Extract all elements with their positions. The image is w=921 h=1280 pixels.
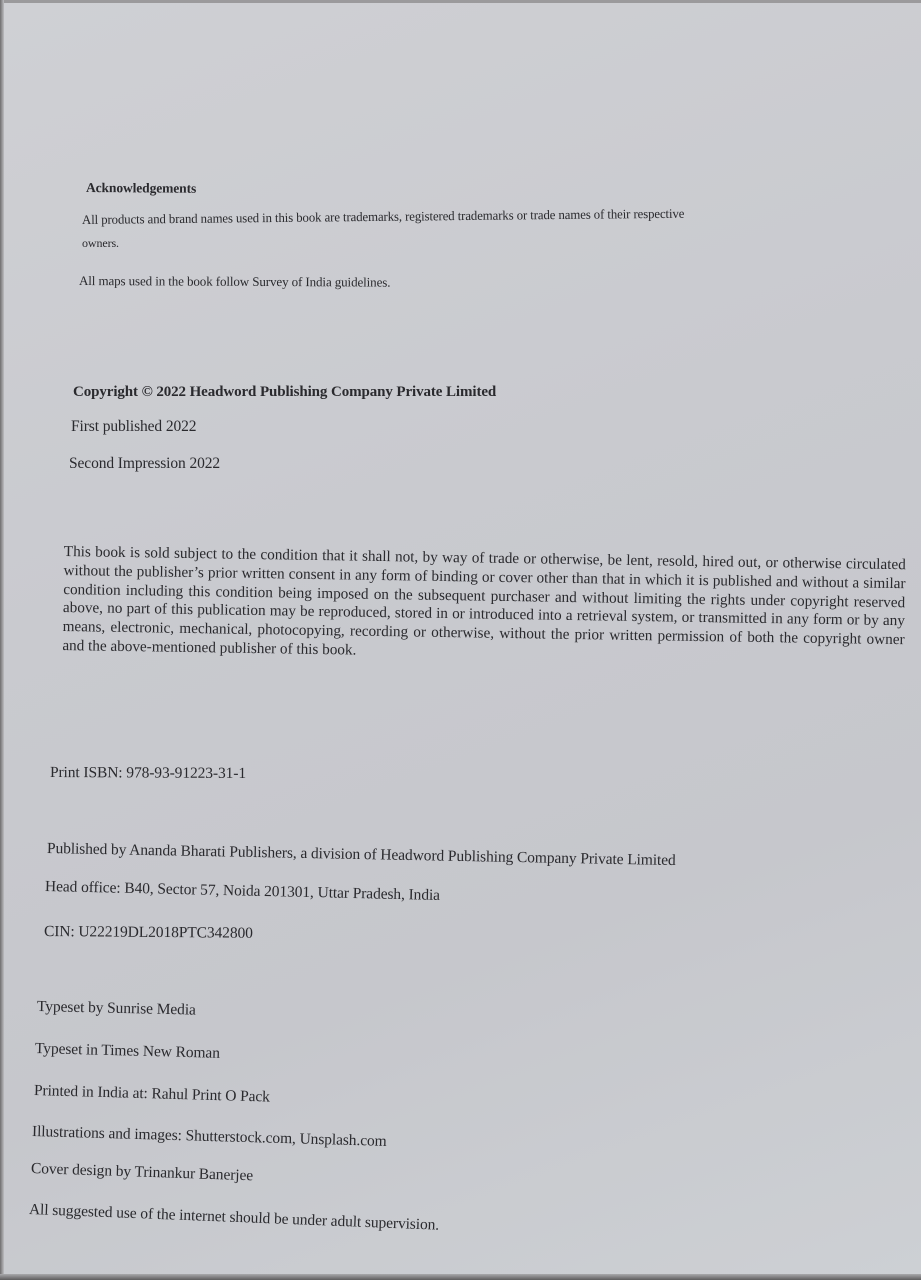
trademarks-text-line2: owners. <box>82 236 119 251</box>
printed-at: Printed in India at: Rahul Print O Pack <box>34 1082 270 1107</box>
cover-design-credit: Cover design by Trinankur Banerjee <box>31 1160 254 1185</box>
cin-number: CIN: U22219DL2018PTC342800 <box>44 923 253 943</box>
illustrations-credit: Illustrations and images: Shutterstock.c… <box>32 1123 387 1151</box>
maps-guidelines-text: All maps used in the book follow Survey … <box>79 273 390 291</box>
internet-supervision-note: All suggested use of the internet should… <box>29 1201 440 1235</box>
trademarks-text-line1: All products and brand names used in thi… <box>82 206 684 228</box>
isbn: Print ISBN: 978-93-91223-31-1 <box>50 764 246 783</box>
acknowledgements-heading: Acknowledgements <box>86 180 196 197</box>
page-edge-top <box>0 0 921 3</box>
published-by: Published by Ananda Bharati Publishers, … <box>47 840 676 870</box>
page-edge-bottom <box>0 1274 921 1280</box>
typeset-in: Typeset in Times New Roman <box>35 1040 220 1063</box>
head-office-address: Head office: B40, Sector 57, Noida 20130… <box>45 878 440 905</box>
conditions-paragraph: This book is sold subject to the conditi… <box>62 543 906 669</box>
impression-note: Second Impression 2022 <box>69 455 220 473</box>
page-edge-left <box>0 0 4 1280</box>
first-published: First published 2022 <box>71 418 196 436</box>
typeset-by: Typeset by Sunrise Media <box>37 998 196 1020</box>
copyright-notice: Copyright © 2022 Headword Publishing Com… <box>73 384 496 401</box>
